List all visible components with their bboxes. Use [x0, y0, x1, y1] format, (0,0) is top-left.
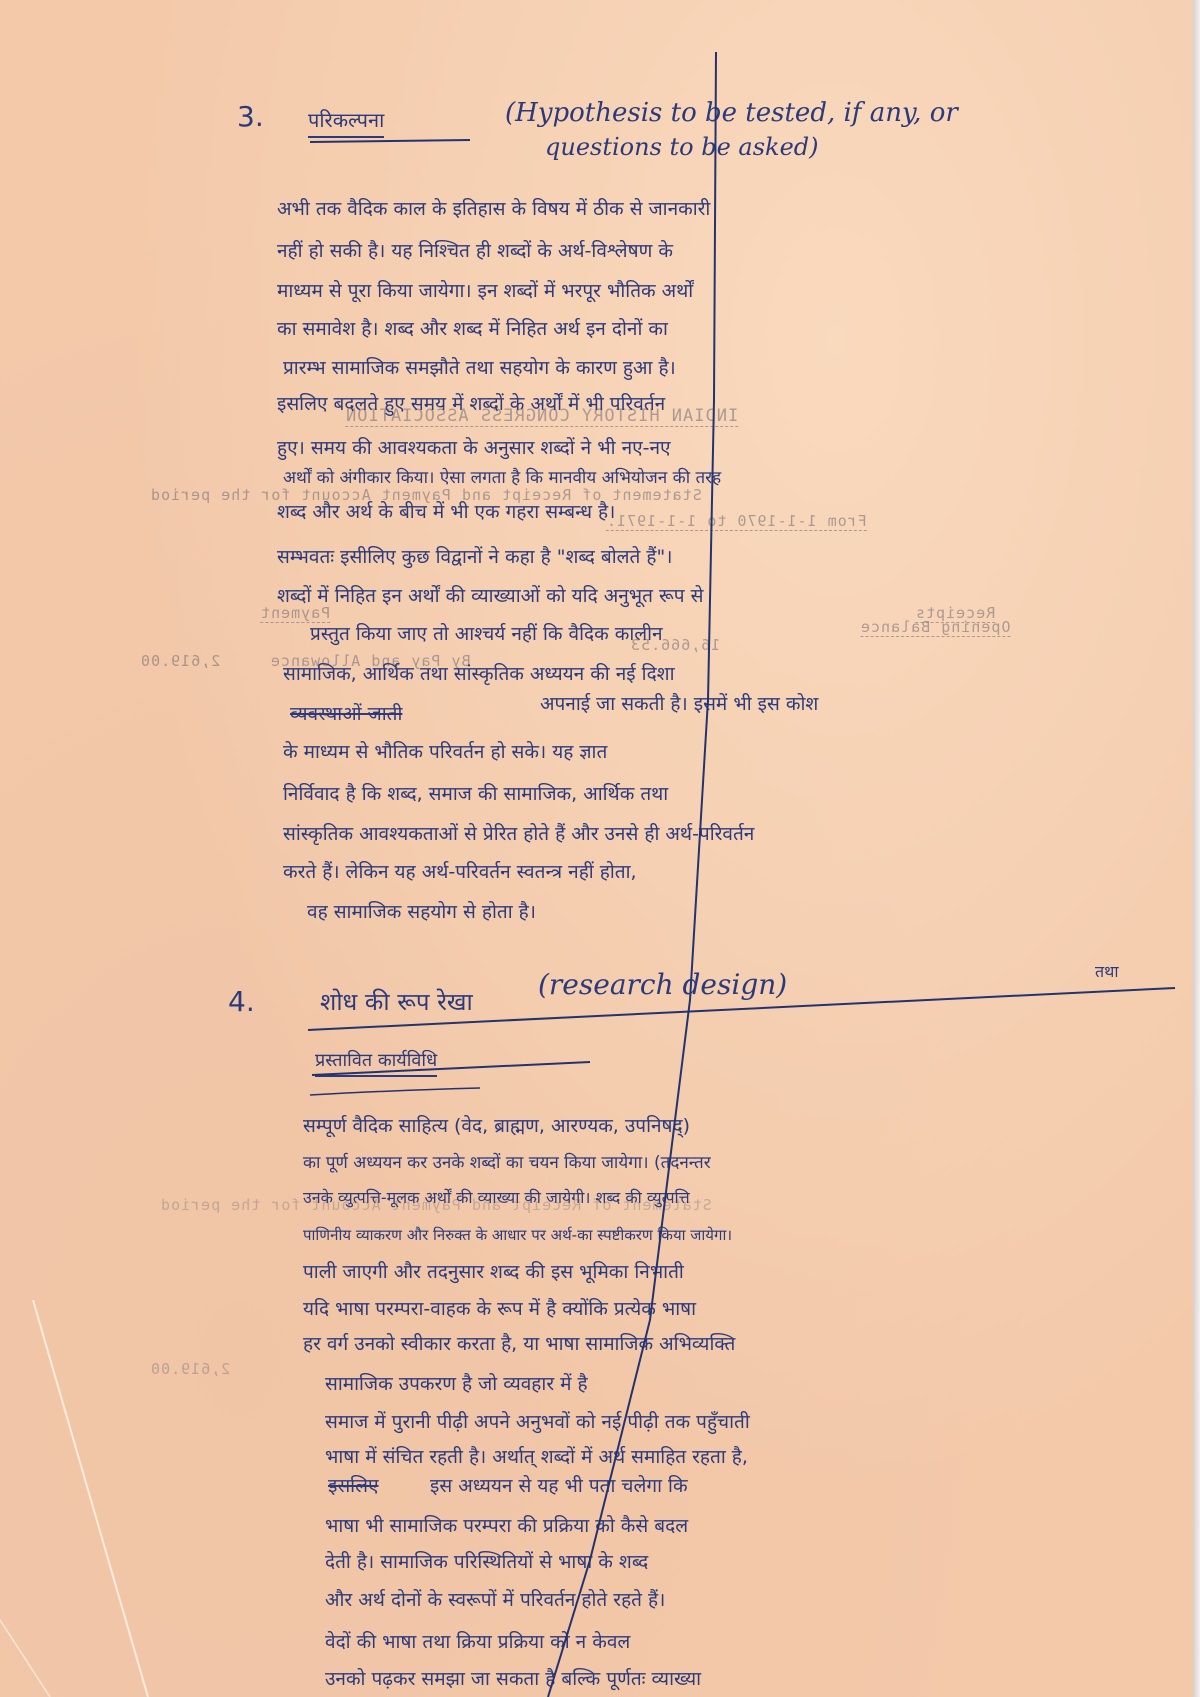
section-3-line: हुए। समय की आवश्यकता के अनुसार शब्दों ने…	[277, 434, 671, 460]
bleed-opening-balance: Opening Balance	[860, 618, 1010, 637]
section-3-line: अभी तक वैदिक काल के इतिहास के विषय में ठ…	[277, 195, 710, 221]
section-4-line: का पूर्ण अध्ययन कर उनके शब्दों का चयन कि…	[303, 1150, 711, 1173]
bleed-period: From 1-1-1970 to 1-1-1971.	[606, 512, 867, 531]
section-3-line: शब्द और अर्थ के बीच में भी एक गहरा सम्बन…	[277, 498, 615, 524]
bleed-pay-value-2: 2,619.00	[150, 1360, 230, 1378]
section-4-line: हर वर्ग उनको स्वीकार करता है, या भाषा सा…	[303, 1330, 735, 1356]
section-3-line: प्रस्तुत किया जाए तो आश्चर्य नहीं कि वैद…	[310, 620, 663, 646]
bleed-pay-value: 2,619.00	[140, 652, 220, 670]
section-3-line: इसलिए बदलते हुए समय में शब्दों के अर्थों…	[277, 390, 665, 416]
section-3-title-english-2: questions to be asked)	[545, 133, 819, 161]
section-4-line: पाली जाएगी और तदनुसार शब्द की इस भूमिका …	[303, 1258, 684, 1284]
section-3-line: करते हैं। लेकिन यह अर्थ-परिवर्तन स्वतन्त…	[283, 858, 637, 884]
section-3-number: 3.	[237, 100, 264, 133]
section-4-line: सम्पूर्ण वैदिक साहित्य (वेद, ब्राह्मण, आ…	[303, 1112, 690, 1138]
section-3-line: के माध्यम से भौतिक परिवर्तन हो सके। यह ज…	[283, 738, 607, 764]
section-4-line: यदि भाषा परम्परा-वाहक के रूप में है क्यो…	[303, 1295, 696, 1321]
section-3-title-english-1: (Hypothesis to be tested, if any, or	[505, 98, 958, 128]
section-4-line: इस अध्ययन से यह भी पता चलेगा कि	[430, 1472, 688, 1498]
section-4-line: भाषा भी सामाजिक परम्परा की प्रक्रिया को …	[325, 1512, 688, 1538]
section-4-line: देती है। सामाजिक परिस्थितियों से भाषा के…	[325, 1548, 648, 1574]
section-3-line: अपनाई जा सकती है। इसमें भी इस कोश	[540, 690, 818, 716]
section-4-title-hindi: शोध की रूप रेखा	[320, 985, 473, 1018]
section-4-line: समाज में पुरानी पीढ़ी अपने अनुभवों को नई…	[325, 1408, 750, 1434]
section-3-line: माध्यम से पूरा किया जायेगा। इन शब्दों मे…	[277, 277, 693, 303]
section-4-line: पाणिनीय व्याकरण और निरुक्त के आधार पर अर…	[303, 1225, 732, 1245]
section-4-line: भाषा में संचित रहती है। अर्थात् शब्दों म…	[325, 1443, 748, 1469]
section-4-title-suffix: तथा	[1095, 960, 1119, 982]
section-3-line: अर्थों को अंगीकार किया। ऐसा लगता है कि म…	[283, 465, 721, 488]
section-4-line: उनके व्युत्पत्ति-मूलक अर्थों की व्याख्या…	[303, 1186, 690, 1208]
section-3-line: प्रारम्भ सामाजिक समझौते तथा सहयोग के कार…	[283, 354, 676, 380]
section-3-line: शब्दों में निहित इन अर्थों की व्याख्याओं…	[277, 582, 703, 608]
section-3-line: सांस्कृतिक आवश्यकताओं से प्रेरित होते है…	[283, 820, 754, 846]
section-4-title-english: (research design)	[538, 968, 787, 1001]
section-3-line: का समावेश है। शब्द और शब्द में निहित अर्…	[277, 315, 668, 341]
section-4-line: वेदों की भाषा तथा क्रिया प्रक्रिया को न …	[325, 1628, 630, 1654]
section-4-line: उनको पढ़कर समझा जा सकता है बल्कि पूर्णतः…	[325, 1665, 701, 1691]
section-4-line: सामाजिक उपकरण है जो व्यवहार में है	[325, 1370, 588, 1396]
section-4-line: और अर्थ दोनों के स्वरूपों में परिवर्तन ह…	[325, 1586, 665, 1612]
struck-word: इसलिए	[328, 1472, 378, 1498]
scan-edge	[1193, 0, 1200, 1697]
section-3-line: सम्भवतः इसीलिए कुछ विद्वानों ने कहा है "…	[277, 543, 672, 569]
section-3-line: निर्विवाद है कि शब्द, समाज की सामाजिक, आ…	[283, 780, 668, 806]
section-3-title-hindi: परिकल्पना	[308, 106, 384, 138]
section-4-number: 4.	[228, 985, 255, 1018]
section-4-subheading: प्रस्तावित कार्यविधि	[315, 1048, 437, 1077]
struck-word: व्यवस्थाओं जाती	[290, 700, 402, 726]
section-3-line: नहीं हो सकी है। यह निश्चित ही शब्दों के …	[277, 237, 673, 263]
section-3-line: सामाजिक, आर्थिक तथा सांस्कृतिक अध्ययन की…	[283, 660, 675, 686]
section-3-line: वह सामाजिक सहयोग से होता है।	[307, 898, 536, 924]
